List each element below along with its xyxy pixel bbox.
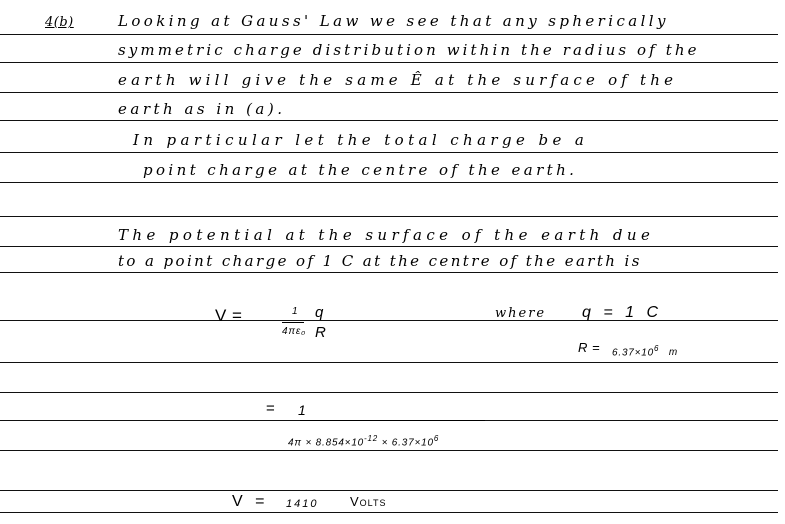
result-value: 1410: [286, 498, 318, 510]
text-line: The potential at the surface of the eart…: [118, 226, 654, 244]
ruled-line: [0, 62, 778, 63]
text-line: In particular let the total charge be a: [133, 131, 588, 149]
ruled-line: [0, 216, 778, 217]
fraction-denominator: 4πε₀: [282, 326, 306, 337]
fraction-numerator: 1: [292, 306, 298, 317]
denominator-main: 4π × 8.854×10: [288, 437, 364, 448]
equals-sign: =: [266, 400, 275, 417]
charge-definition: q = 1 C: [582, 304, 662, 322]
ruled-line: [0, 34, 778, 35]
radius-unit: m: [669, 347, 678, 358]
denominator-exponent: 6: [434, 434, 439, 443]
ruled-line: [0, 272, 778, 273]
radius-label: R =: [578, 340, 600, 355]
ruled-line: [0, 120, 778, 121]
ruled-line: [0, 362, 778, 363]
fraction-numerator: 1: [298, 402, 306, 418]
denominator-exponent: -12: [364, 434, 378, 443]
handwritten-page: 4(b) Looking at Gauss' Law we see that a…: [0, 0, 785, 524]
fraction-denominator: 4π × 8.854×10-12 × 6.37×106: [288, 434, 439, 448]
denominator-tail: × 6.37×10: [378, 437, 434, 448]
ruled-line: [0, 182, 778, 183]
ruled-line: [0, 246, 778, 247]
where-label: where: [495, 306, 546, 321]
radius-value: 6.37×106 m: [612, 344, 678, 358]
equation-lhs: V =: [215, 306, 243, 326]
ruled-line: [0, 512, 778, 513]
text-line: earth will give the same Ê at the surfac…: [118, 71, 677, 89]
text-line: symmetric charge distribution within the…: [118, 41, 700, 59]
text-line: to a point charge of 1 C at the centre o…: [118, 252, 642, 270]
ruled-line: [0, 392, 778, 393]
text-line: point charge at the centre of the earth.: [143, 161, 577, 179]
result-unit: Volts: [350, 494, 387, 509]
ruled-line: [0, 152, 778, 153]
radius-mantissa: 6.37×10: [612, 347, 654, 358]
fraction-bar: [300, 420, 485, 421]
radius-exponent: 6: [654, 344, 659, 353]
fraction-bar: [282, 322, 304, 323]
fraction-denominator: R: [315, 324, 326, 341]
ruled-line: [0, 92, 778, 93]
question-label: 4(b): [45, 15, 74, 30]
ruled-line: [0, 490, 778, 491]
result-lhs: V =: [232, 493, 268, 511]
text-line: Looking at Gauss' Law we see that any sp…: [118, 12, 669, 30]
fraction-numerator: q: [315, 304, 324, 321]
ruled-line: [0, 450, 778, 451]
text-line: earth as in (a).: [118, 100, 286, 118]
